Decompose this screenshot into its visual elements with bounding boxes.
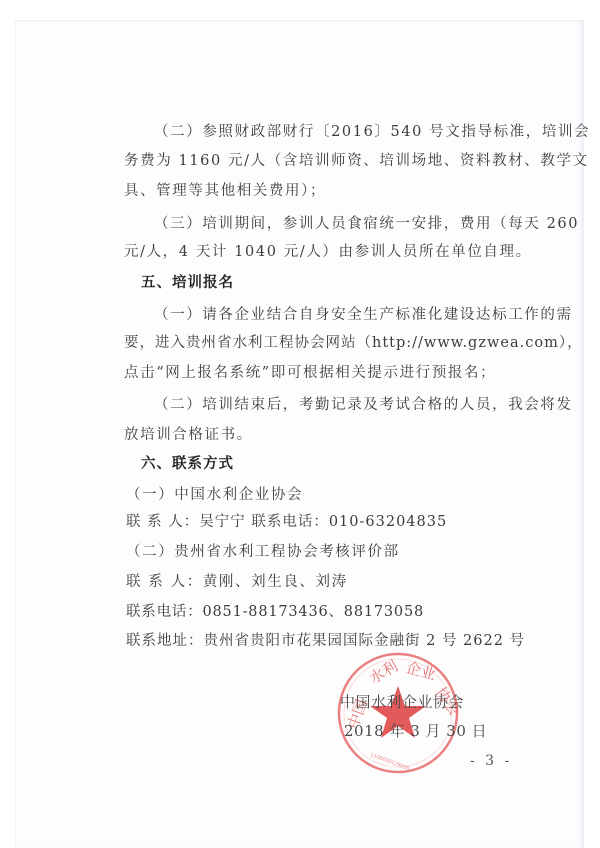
paragraph-line: 要，进入贵州省水利工程协会网站（http://www.gzwea.com），: [124, 334, 516, 352]
contact-line: （二）贵州省水利工程协会考核评价部: [126, 543, 518, 561]
official-seal-icon: 中国 水利 企业 协会 1100000129016: [335, 650, 461, 776]
paragraph-line: 元/人，4 天计 1040 元/人）由参训人员所在单位自理。: [124, 243, 516, 261]
contact-line: 联 系 人：吴宁宁 联系电话：010-63204835: [126, 513, 518, 531]
paragraph-line: （二）培训结束后，考勤记录及考试合格的人员，我会将发: [154, 396, 516, 414]
paragraph-line: 点击“网上报名系统”即可根据相关提示进行预报名；: [124, 364, 516, 382]
contact-line: 联 系 人：黄刚、刘生良、刘涛: [126, 573, 518, 591]
page-number: - 3 -: [470, 753, 512, 769]
contact-line: （一）中国水利企业协会: [126, 486, 518, 504]
paragraph-line: 务费为 1160 元/人（含培训师资、培训场地、资料教材、教学文: [124, 152, 516, 170]
signature-date: 2018 年 3 月 30 日: [344, 720, 487, 741]
svg-text:企业: 企业: [404, 658, 438, 683]
paragraph-line: 具、管理等其他相关费用）；: [124, 182, 516, 200]
document-page: （二）参照财政部财行〔2016〕540 号文指导标准，培训会 务费为 1160 …: [15, 20, 584, 848]
paragraph-line: （二）参照财政部财行〔2016〕540 号文指导标准，培训会: [154, 123, 516, 141]
paragraph-line: 放培训合格证书。: [124, 426, 516, 444]
paragraph-line: （一）请各企业结合自身安全生产标准化建设达标工作的需: [154, 306, 516, 324]
section-heading-registration: 五、培训报名: [141, 274, 533, 292]
section-heading-contact: 六、联系方式: [141, 455, 533, 473]
contact-line: 联系电话：0851-88173436、88173058: [126, 603, 518, 621]
signature-organization: 中国水利企业协会: [340, 691, 464, 712]
paragraph-line: （三）培训期间，参训人员食宿统一安排，费用（每天 260: [154, 215, 516, 233]
contact-line: 联系地址：贵州省贵阳市花果园国际金融街 2 号 2622 号: [126, 632, 518, 650]
